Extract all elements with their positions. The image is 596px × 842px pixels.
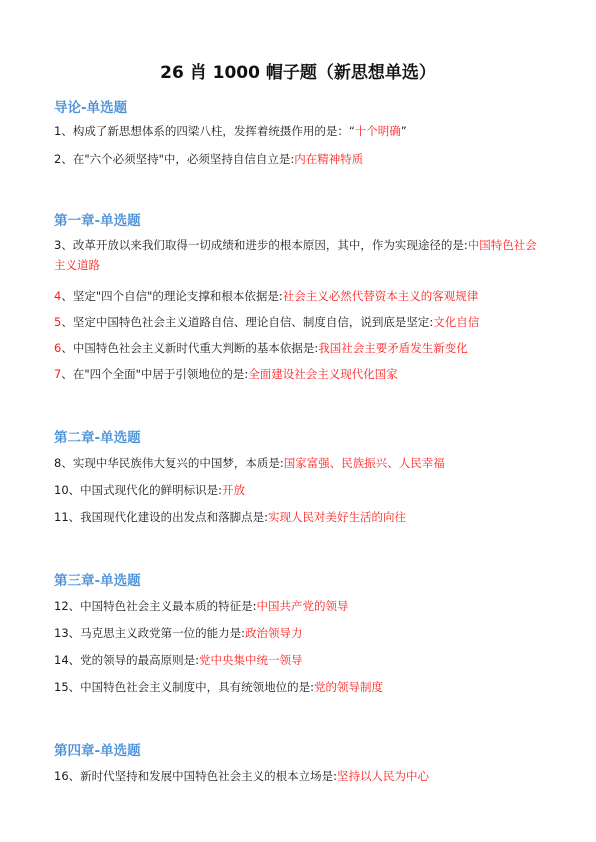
answer-text: 国家富强、民族振兴、人民幸福 xyxy=(284,456,445,470)
question-item: 5、坚定中国特色社会主义道路自信、理论自信、制度自信，说到底是坚定:文化自信 xyxy=(54,312,554,332)
question-text: 、在"四个全面"中居于引领地位的是: xyxy=(61,367,248,381)
question-text: 、马克思主义政党第一位的能力是: xyxy=(69,626,245,640)
answer-text: 内在精神特质 xyxy=(294,152,363,166)
question-item: 13、马克思主义政党第一位的能力是:政治领导力 xyxy=(54,623,554,643)
answer-text: 中国共产党的领导 xyxy=(257,599,349,613)
question-text: 、中国特色社会主义最本质的特征是: xyxy=(69,599,257,613)
question-number: 16 xyxy=(54,769,69,783)
question-text: 、坚定"四个自信"的理论支撑和根本依据是: xyxy=(61,289,282,303)
section-heading-chapter-4: 第四章-单选题 xyxy=(54,739,141,759)
question-text: 、中国式现代化的鲜明标识是: xyxy=(69,483,222,497)
answer-text: 我国社会主要矛盾发生新变化 xyxy=(318,341,468,355)
question-text: 、坚定中国特色社会主义道路自信、理论自信、制度自信，说到底是坚定: xyxy=(61,315,433,329)
answer-text: 党中央集中统一领导 xyxy=(199,653,303,667)
question-item: 10、中国式现代化的鲜明标识是:开放 xyxy=(54,480,554,500)
question-item: 16、新时代坚持和发展中国特色社会主义的根本立场是:坚持以人民为中心 xyxy=(54,766,554,786)
question-number: 14 xyxy=(54,653,69,667)
answer-text: 政治领导力 xyxy=(245,626,303,640)
question-text: 、新时代坚持和发展中国特色社会主义的根本立场是: xyxy=(69,769,337,783)
question-text: 、构成了新思想体系的四梁八柱，发挥着统摄作用的是： xyxy=(61,124,349,138)
quote-close: ” xyxy=(401,124,407,138)
document-title: 26 肖 1000 帽子题（新思想单选） xyxy=(0,58,596,83)
answer-text: 开放 xyxy=(222,483,245,497)
question-number: 10 xyxy=(54,483,69,497)
answer-text: 文化自信 xyxy=(433,315,479,329)
question-item: 1、构成了新思想体系的四梁八柱，发挥着统摄作用的是：“十个明确” xyxy=(54,121,554,141)
question-text: 、在"六个必须坚持"中，必须坚持自信自立是: xyxy=(61,152,294,166)
question-item: 11、我国现代化建设的出发点和落脚点是:实现人民对美好生活的向往 xyxy=(54,507,554,527)
question-number: 12 xyxy=(54,599,69,613)
answer-text: 社会主义必然代替资本主义的客观规律 xyxy=(283,289,479,303)
question-number: 11 xyxy=(54,510,69,524)
section-heading-chapter-3: 第三章-单选题 xyxy=(54,569,141,589)
question-text: 、中国特色社会主义新时代重大判断的基本依据是: xyxy=(61,341,318,355)
question-item: 8、实现中华民族伟大复兴的中国梦，本质是:国家富强、民族振兴、人民幸福 xyxy=(54,453,554,473)
question-item: 7、在"四个全面"中居于引领地位的是:全面建设社会主义现代化国家 xyxy=(54,364,554,384)
question-item: 12、中国特色社会主义最本质的特征是:中国共产党的领导 xyxy=(54,596,554,616)
question-item: 2、在"六个必须坚持"中，必须坚持自信自立是:内在精神特质 xyxy=(54,149,554,169)
question-text: 、实现中华民族伟大复兴的中国梦，本质是: xyxy=(61,456,283,470)
question-text: 、我国现代化建设的出发点和落脚点是: xyxy=(69,510,268,524)
question-item: 6、中国特色社会主义新时代重大判断的基本依据是:我国社会主要矛盾发生新变化 xyxy=(54,338,554,358)
answer-text: 全面建设社会主义现代化国家 xyxy=(248,367,398,381)
question-item: 15、中国特色社会主义制度中，具有统领地位的是:党的领导制度 xyxy=(54,677,554,697)
question-number: 13 xyxy=(54,626,69,640)
answer-text: 坚持以人民为中心 xyxy=(337,769,429,783)
answer-text: 党的领导制度 xyxy=(314,680,383,694)
question-number: 15 xyxy=(54,680,69,694)
section-heading-chapter-1: 第一章-单选题 xyxy=(54,209,141,229)
question-text: 、改革开放以来我们取得一切成绩和进步的根本原因，其中，作为实现途径的是: xyxy=(61,238,467,252)
question-text: 、中国特色社会主义制度中，具有统领地位的是: xyxy=(69,680,314,694)
answer-text: 实现人民对美好生活的向往 xyxy=(268,510,406,524)
section-heading-chapter-2: 第二章-单选题 xyxy=(54,426,141,446)
question-item: 14、党的领导的最高原则是:党中央集中统一领导 xyxy=(54,650,554,670)
answer-text: 十个明确 xyxy=(355,124,401,138)
question-item: 3、改革开放以来我们取得一切成绩和进步的根本原因，其中，作为实现途径的是:中国特… xyxy=(54,235,544,275)
question-text: 、党的领导的最高原则是: xyxy=(69,653,199,667)
section-heading-intro: 导论-单选题 xyxy=(54,96,127,116)
question-item: 4、坚定"四个自信"的理论支撑和根本依据是:社会主义必然代替资本主义的客观规律 xyxy=(54,286,554,306)
